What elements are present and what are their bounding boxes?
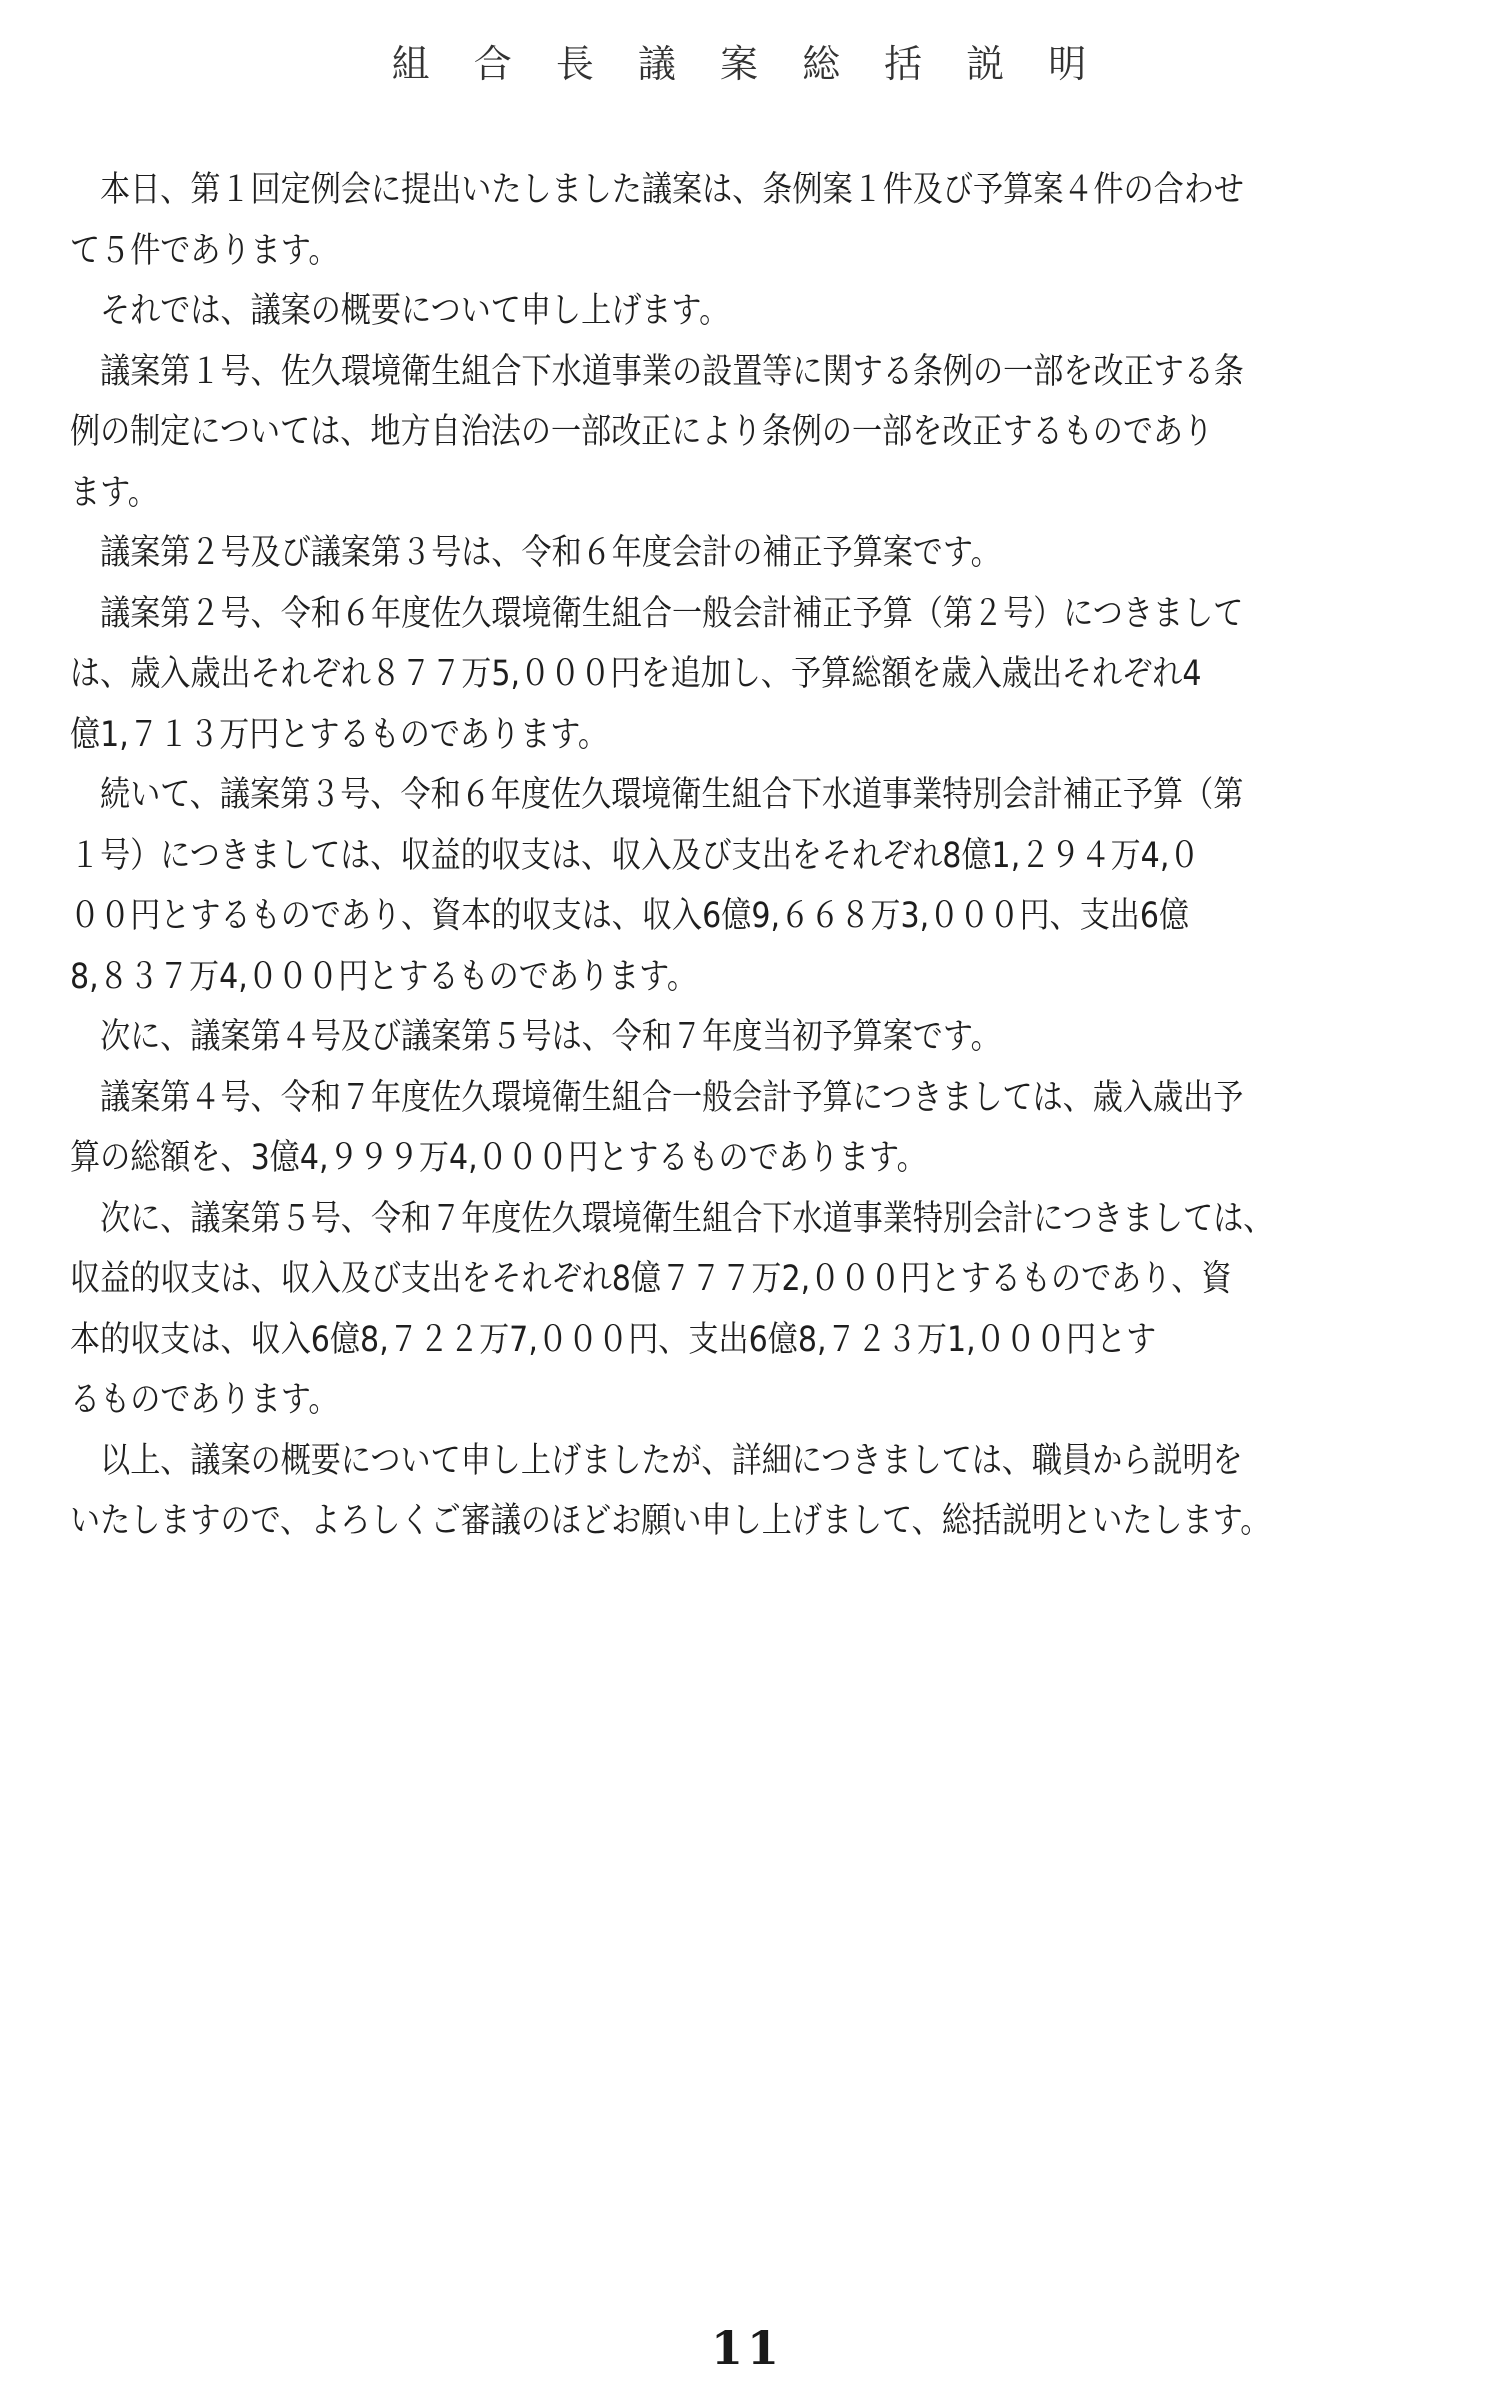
text-line: 次に、議案第５号、令和７年度佐久環境衛生組合下水道事業特別会計につきましては、 — [70, 1189, 1257, 1250]
page-number: 11 — [0, 2318, 1494, 2378]
text-line: 本的収支は、収入6億8,７２２万7,０００円、支出6億8,７２３万1,０００円と… — [70, 1310, 1257, 1371]
text-line: １号）につきましては、収益的収支は、収入及び支出をそれぞれ8億1,２９４万4,０ — [70, 826, 1257, 887]
text-line: 算の総額を、3億4,９９９万4,０００円とするものであります。 — [70, 1128, 1257, 1189]
paragraph-bills-2-3-intro: 議案第２号及び議案第３号は、令和６年度会計の補正予算案です。 — [70, 523, 1450, 584]
text-line: 以上、議案の概要について申し上げましたが、詳細につきましては、職員から説明を — [70, 1431, 1257, 1492]
paragraph-closing: 以上、議案の概要について申し上げましたが、詳細につきましては、職員から説明を い… — [70, 1431, 1450, 1552]
text-line: 議案第２号、令和６年度佐久環境衛生組合一般会計補正予算（第２号）につきまして — [70, 584, 1257, 645]
text-line: 続いて、議案第３号、令和６年度佐久環境衛生組合下水道事業特別会計補正予算（第 — [70, 765, 1257, 826]
paragraph-bill-2: 議案第２号、令和６年度佐久環境衛生組合一般会計補正予算（第２号）につきまして は… — [70, 584, 1450, 766]
paragraph-submission-summary: 本日、第１回定例会に提出いたしました議案は、条例案１件及び予算案４件の合わせ て… — [70, 160, 1450, 281]
text-line: て５件であります。 — [70, 221, 1257, 282]
paragraph-bill-1: 議案第１号、佐久環境衛生組合下水道事業の設置等に関する条例の一部を改正する条 例… — [70, 342, 1450, 524]
text-line: ００円とするものであり、資本的収支は、収入6億9,６６８万3,０００円、支出6億 — [70, 886, 1257, 947]
text-line: 収益的収支は、収入及び支出をそれぞれ8億７７７万2,０００円とするものであり、資 — [70, 1249, 1257, 1310]
text-line: 議案第１号、佐久環境衛生組合下水道事業の設置等に関する条例の一部を改正する条 — [70, 342, 1257, 403]
paragraph-bills-4-5-intro: 次に、議案第４号及び議案第５号は、令和７年度当初予算案です。 — [70, 1007, 1450, 1068]
text-line: 議案第２号及び議案第３号は、令和６年度会計の補正予算案です。 — [70, 523, 1257, 584]
text-line: 議案第４号、令和７年度佐久環境衛生組合一般会計予算につきましては、歳入歳出予 — [70, 1068, 1257, 1129]
text-line: 例の制定については、地方自治法の一部改正により条例の一部を改正するものであり — [70, 402, 1257, 463]
text-line: いたしますので、よろしくご審議のほどお願い申し上げまして、総括説明といたします。 — [70, 1491, 1257, 1552]
text-line: るものであります。 — [70, 1370, 1257, 1431]
document-page: 組 合 長 議 案 総 括 説 明 本日、第１回定例会に提出いたしました議案は、… — [0, 0, 1494, 2400]
document-title: 組 合 長 議 案 総 括 説 明 — [0, 34, 1494, 94]
paragraph-bill-4: 議案第４号、令和７年度佐久環境衛生組合一般会計予算につきましては、歳入歳出予 算… — [70, 1068, 1450, 1189]
text-line: 次に、議案第４号及び議案第５号は、令和７年度当初予算案です。 — [70, 1007, 1257, 1068]
text-line: ます。 — [70, 463, 1257, 524]
text-line: それでは、議案の概要について申し上げます。 — [70, 281, 1257, 342]
paragraph-overview-intro: それでは、議案の概要について申し上げます。 — [70, 281, 1450, 342]
paragraph-bill-5: 次に、議案第５号、令和７年度佐久環境衛生組合下水道事業特別会計につきましては、 … — [70, 1189, 1450, 1431]
text-line: 億1,７１３万円とするものであります。 — [70, 705, 1257, 766]
text-line: 8,８３７万4,０００円とするものであります。 — [70, 947, 1257, 1008]
text-line: 本日、第１回定例会に提出いたしました議案は、条例案１件及び予算案４件の合わせ — [70, 160, 1257, 221]
paragraph-bill-3: 続いて、議案第３号、令和６年度佐久環境衛生組合下水道事業特別会計補正予算（第 １… — [70, 765, 1450, 1007]
text-line: は、歳入歳出それぞれ８７７万5,０００円を追加し、予算総額を歳入歳出それぞれ4 — [70, 644, 1257, 705]
document-body: 本日、第１回定例会に提出いたしました議案は、条例案１件及び予算案４件の合わせ て… — [70, 160, 1450, 1552]
